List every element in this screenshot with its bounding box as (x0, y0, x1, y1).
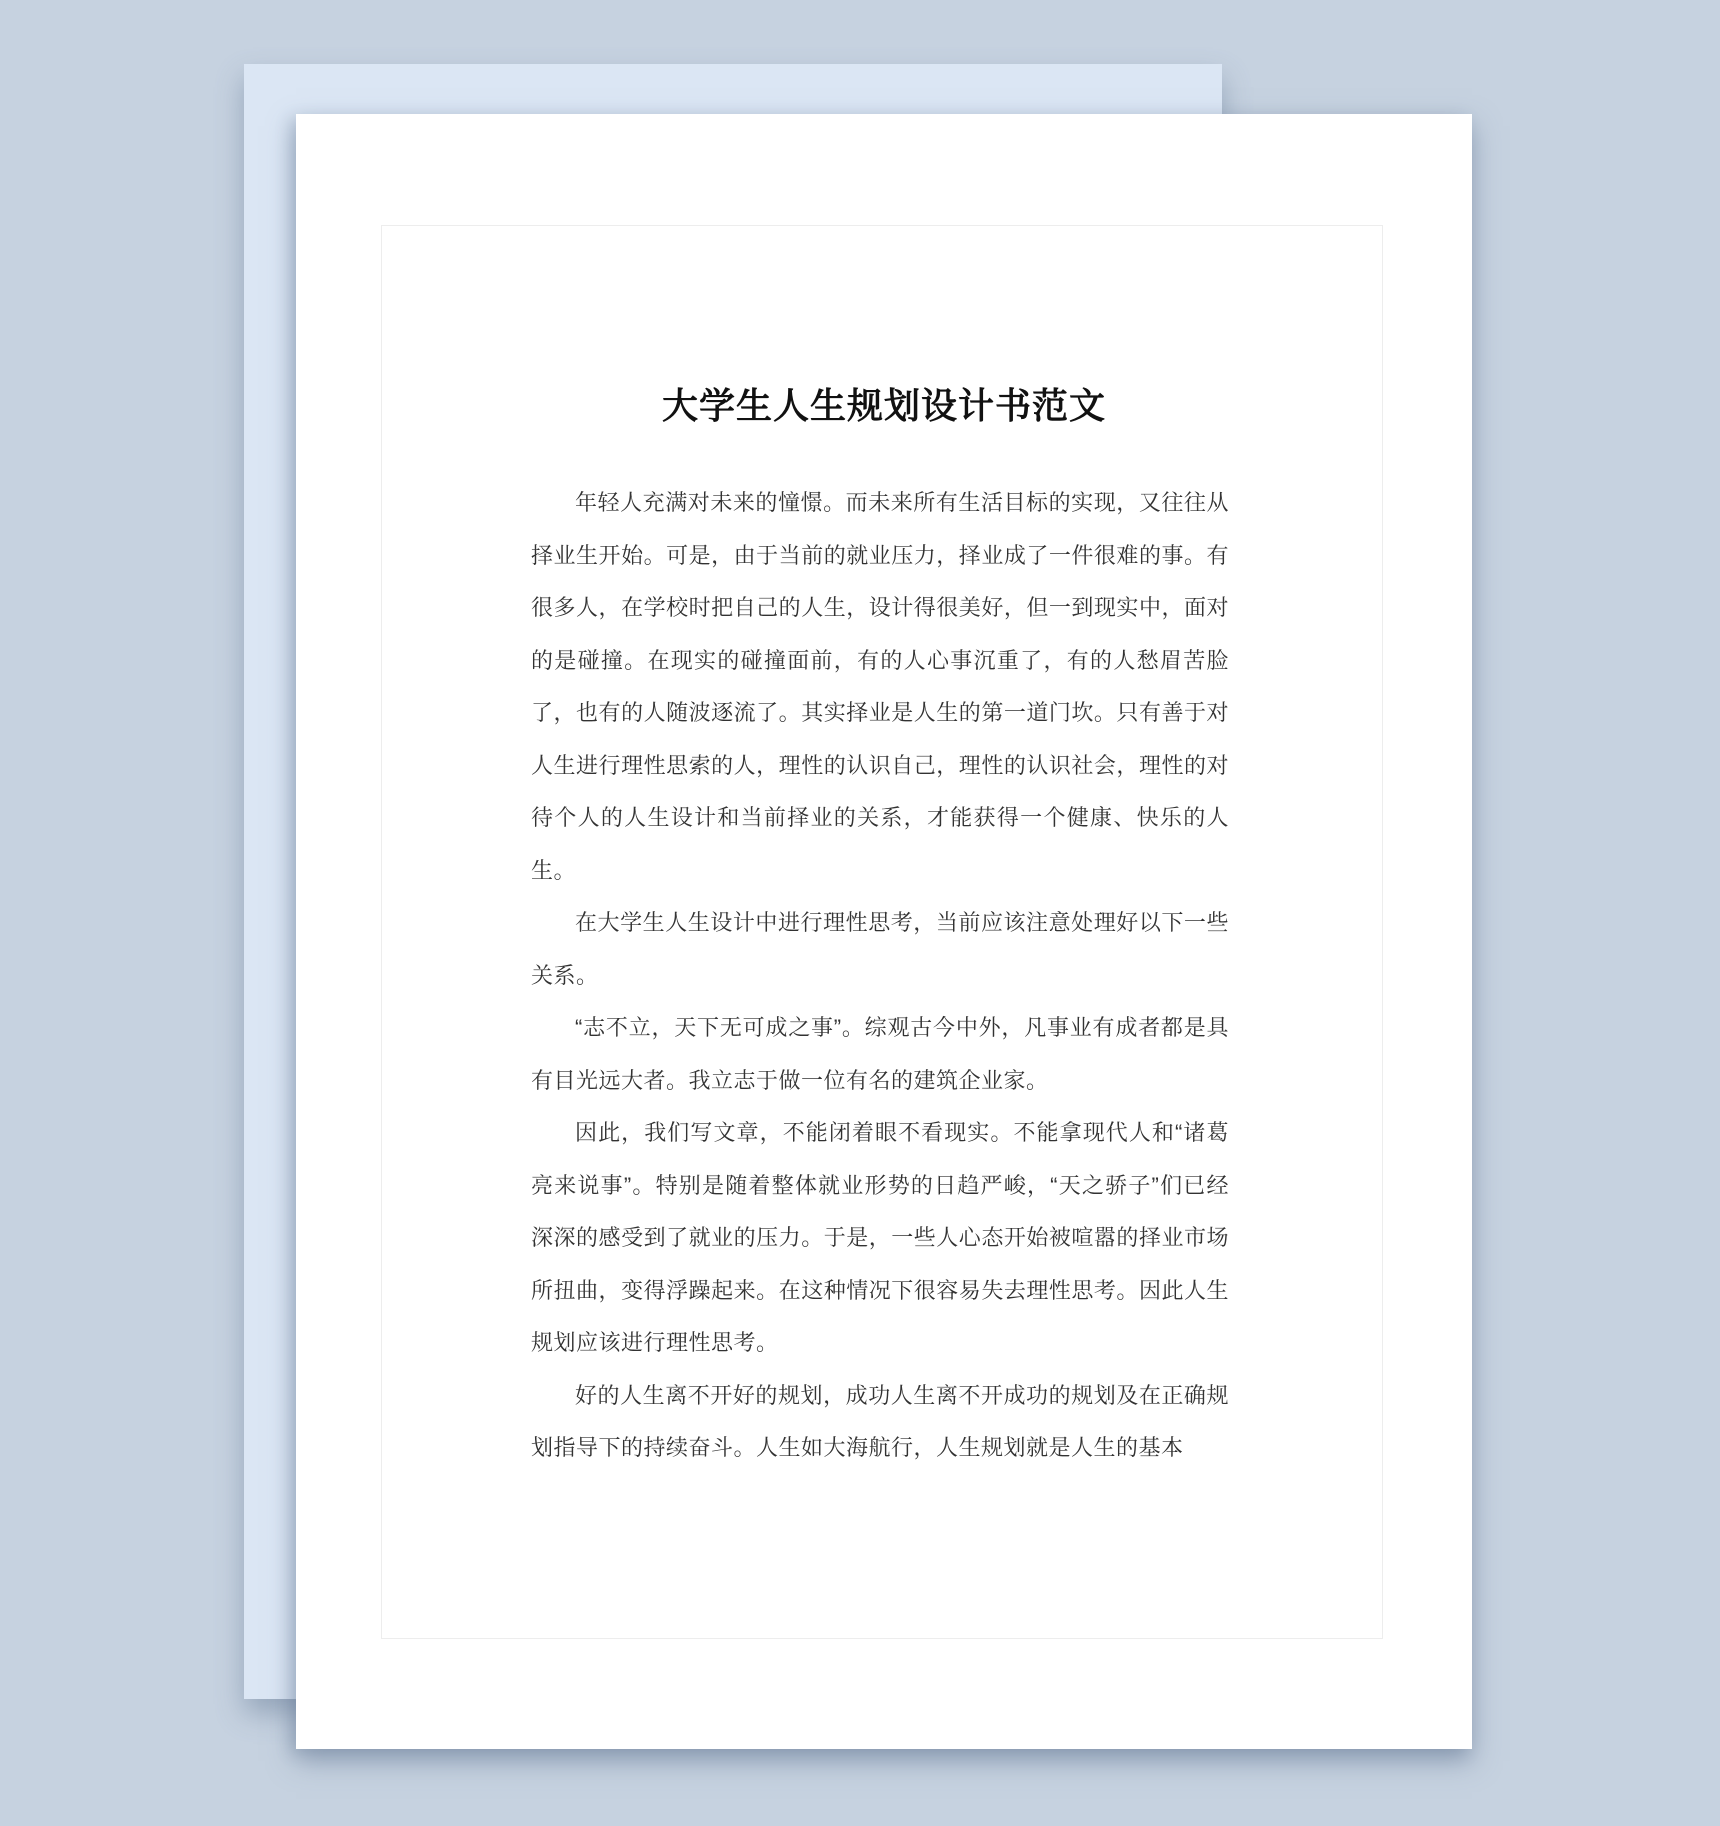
paragraph: 在大学生人生设计中进行理性思考，当前应该注意处理好以下一些关系。 (531, 897, 1229, 1002)
paragraph: 年轻人充满对未来的憧憬。而未来所有生活目标的实现，又往往从择业生开始。可是，由于… (531, 477, 1229, 897)
paragraph: “志不立，天下无可成之事”。综观古今中外，凡事业有成者都是具有目光远大者。我立志… (531, 1002, 1229, 1107)
paragraph: 因此，我们写文章，不能闭着眼不看现实。不能拿现代人和“诸葛亮来说事”。特别是随着… (531, 1107, 1229, 1370)
paragraph: 好的人生离不开好的规划，成功人生离不开成功的规划及在正确规划指导下的持续奋斗。人… (531, 1370, 1229, 1475)
document-page: 大学生人生规划设计书范文 年轻人充满对未来的憧憬。而未来所有生活目标的实现，又往… (296, 114, 1472, 1749)
document-preview-canvas: 大学生人生规划设计书范文 年轻人充满对未来的憧憬。而未来所有生活目标的实现，又往… (0, 0, 1720, 1826)
document-body: 年轻人充满对未来的憧憬。而未来所有生活目标的实现，又往往从择业生开始。可是，由于… (531, 477, 1229, 1475)
document-title: 大学生人生规划设计书范文 (296, 384, 1472, 428)
